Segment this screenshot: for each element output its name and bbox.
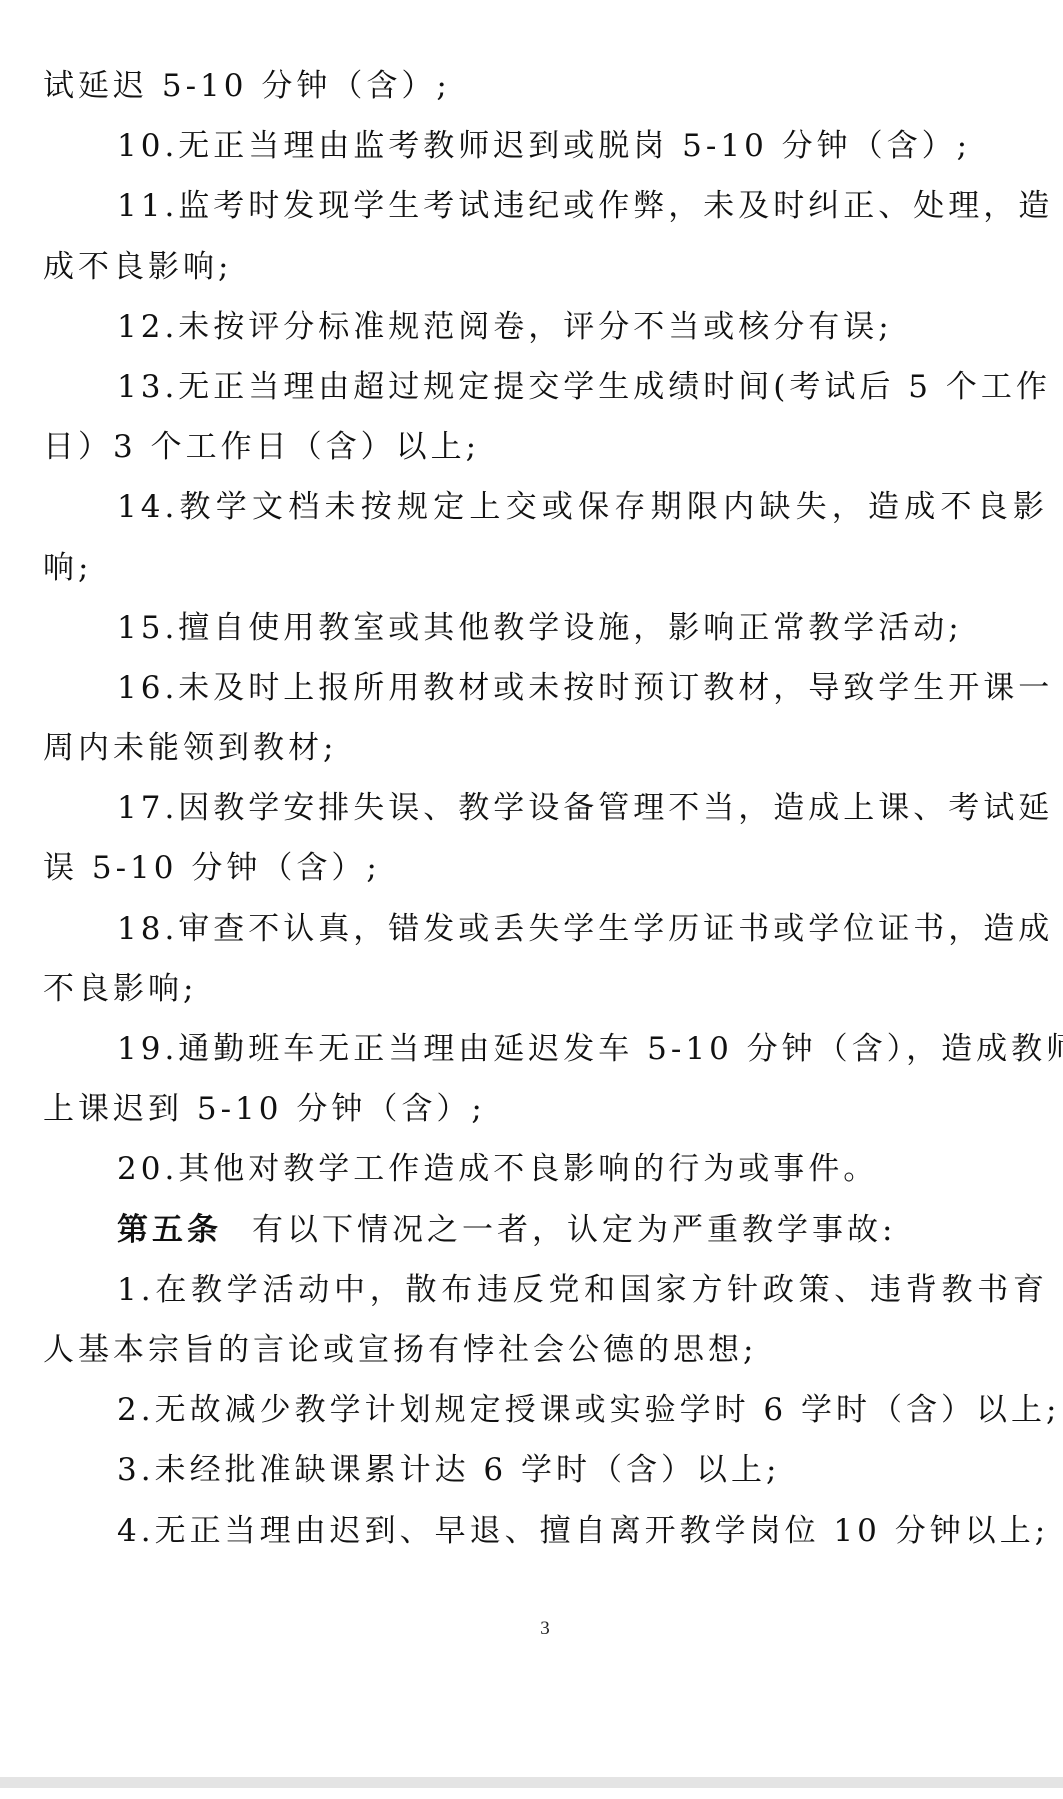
- list-item-11: 11.监考时发现学生考试违纪或作弊，未及时纠正、处理，造: [43, 176, 1048, 236]
- text-line: 试延迟 5-10 分钟（含）;: [43, 56, 1048, 116]
- page-number: 3: [535, 1618, 555, 1640]
- list-item-14: 14.教学文档未按规定上交或保存期限内缺失，造成不良影: [43, 477, 1048, 537]
- list-item-12: 12.未按评分标准规范阅卷，评分不当或核分有误;: [43, 297, 1048, 357]
- article-5: 第五条有以下情况之一者，认定为严重教学事故:: [43, 1200, 1048, 1260]
- text-line: 周内未能领到教材;: [43, 718, 1048, 778]
- list-item-10: 10.无正当理由监考教师迟到或脱岗 5-10 分钟（含）;: [43, 116, 1048, 176]
- serious-item-4: 4.无正当理由迟到、早退、擅自离开教学岗位 10 分钟以上;: [43, 1501, 1048, 1561]
- text-line: 误 5-10 分钟（含）;: [43, 838, 1048, 898]
- article-text: 有以下情况之一者，认定为严重教学事故:: [252, 1212, 896, 1248]
- text-line: 上课迟到 5-10 分钟（含）;: [43, 1079, 1048, 1139]
- text-line: 不良影响;: [43, 959, 1048, 1019]
- text-line: 日）3 个工作日（含）以上;: [43, 417, 1048, 477]
- article-heading: 第五条: [117, 1212, 222, 1248]
- text-line: 成不良影响;: [43, 237, 1048, 297]
- document-page: 试延迟 5-10 分钟（含）; 10.无正当理由监考教师迟到或脱岗 5-10 分…: [0, 0, 1063, 1777]
- bottom-strip: [0, 1788, 1063, 1799]
- page-separator-bar: [0, 1777, 1063, 1788]
- text-line: 响;: [43, 538, 1048, 598]
- serious-item-1: 1.在教学活动中，散布违反党和国家方针政策、违背教书育: [43, 1260, 1048, 1320]
- list-item-19: 19.通勤班车无正当理由延迟发车 5-10 分钟（含），造成教师: [43, 1019, 1048, 1079]
- list-item-18: 18.审查不认真，错发或丢失学生学历证书或学位证书，造成: [43, 899, 1048, 959]
- list-item-20: 20.其他对教学工作造成不良影响的行为或事件。: [43, 1139, 1048, 1199]
- text-line: 人基本宗旨的言论或宣扬有悖社会公德的思想;: [43, 1320, 1048, 1380]
- list-item-17: 17.因教学安排失误、教学设备管理不当，造成上课、考试延: [43, 778, 1048, 838]
- list-item-16: 16.未及时上报所用教材或未按时预订教材，导致学生开课一: [43, 658, 1048, 718]
- list-item-15: 15.擅自使用教室或其他教学设施，影响正常教学活动;: [43, 598, 1048, 658]
- document-body: 试延迟 5-10 分钟（含）; 10.无正当理由监考教师迟到或脱岗 5-10 分…: [43, 56, 1048, 1561]
- serious-item-3: 3.未经批准缺课累计达 6 学时（含）以上;: [43, 1440, 1048, 1500]
- serious-item-2: 2.无故减少教学计划规定授课或实验学时 6 学时（含）以上;: [43, 1380, 1048, 1440]
- list-item-13: 13.无正当理由超过规定提交学生成绩时间(考试后 5 个工作: [43, 357, 1048, 417]
